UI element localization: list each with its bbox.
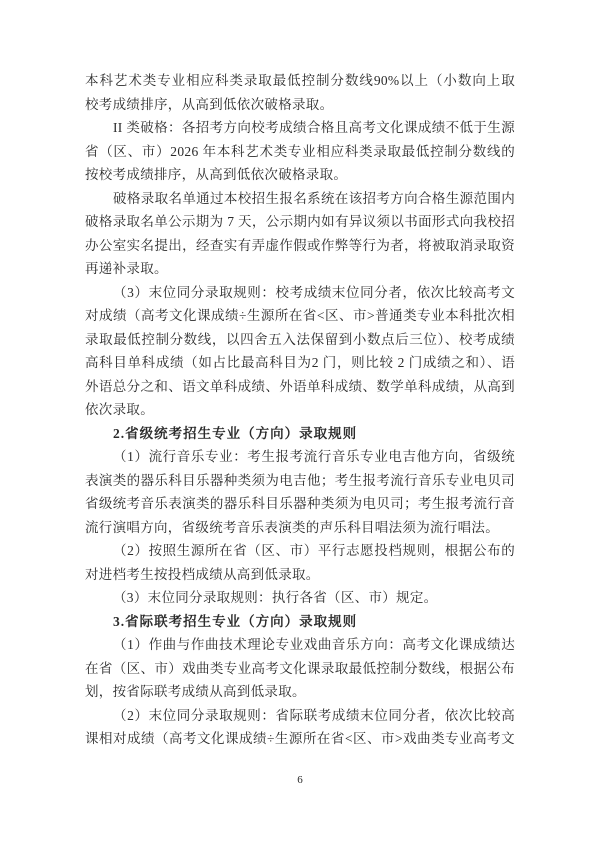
- text-line: （3）末位同分录取规则：校考成绩末位同分者，依次比较高考文化课相: [85, 281, 515, 305]
- text-line: 破格录取名单通过本校招生报名系统在该招考方向合格生源范围内公布。: [85, 187, 515, 211]
- section-heading: 2.省级统考招生专业（方向）录取规则: [85, 422, 515, 446]
- text-line: （3）末位同分录取规则：执行各省（区、市）规定。: [85, 586, 515, 610]
- text-line: 省级统考音乐表演类的器乐科目乐器种类须为电贝司；考生报考流行音乐专业: [85, 492, 515, 516]
- text-line: 对进档考生按投档成绩从高到低录取。: [85, 563, 515, 587]
- text-line: 办公室实名提出，经查实有弄虚作假或作弊等行为者，将被取消录取资格，不: [85, 234, 515, 258]
- text-line: （2）末位同分录取规则：省际联考成绩末位同分者，依次比较高考文化: [85, 704, 515, 728]
- text-line: II 类破格：各招考方向校考成绩合格且高考文化课成绩不低于生源所在: [85, 116, 515, 140]
- text-line: 在省（区、市）戏曲类专业高考文化课录取最低控制分数线，根据公布的招生计: [85, 657, 515, 681]
- text-line: 外语总分之和、语文单科成绩、外语单科成绩、数学单科成绩，从高到低排序: [85, 375, 515, 399]
- text-line: 录取最低控制分数线，以四舍五入法保留到小数点后三位）、校考成绩占比最: [85, 328, 515, 352]
- text-line: 校考成绩排序，从高到低依次破格录取。: [85, 93, 515, 117]
- text-line: 按校考成绩排序，从高到低依次破格录取。: [85, 163, 515, 187]
- text-line: 课相对成绩（高考文化课成绩÷生源所在省<区、市>戏曲类专业高考文化课录: [85, 727, 515, 751]
- text-line: （1）流行音乐专业：考生报考流行音乐专业电吉他方向，省级统考音乐: [85, 445, 515, 469]
- text-line: （2）按照生源所在省（区、市）平行志愿投档规则，根据公布的招生计划，: [85, 539, 515, 563]
- section-heading: 3.省际联考招生专业（方向）录取规则: [85, 610, 515, 634]
- text-line: 再递补录取。: [85, 257, 515, 281]
- text-line: 对成绩（高考文化课成绩÷生源所在省<区、市>普通类专业本科批次相应科类: [85, 304, 515, 328]
- text-line: 高科目单科成绩（如占比最高科目为2 门，则比较 2 门成绩之和）、语文数学: [85, 351, 515, 375]
- text-line: 流行演唱方向，省级统考音乐表演类的声乐科目唱法须为流行唱法。: [85, 516, 515, 540]
- document-body: 本科艺术类专业相应科类录取最低控制分数线90%以上（小数向上取整），按校考成绩排…: [85, 69, 515, 751]
- text-line: 省（区、市）2026 年本科艺术类专业相应科类录取最低控制分数线的考生，: [85, 140, 515, 164]
- text-line: 依次录取。: [85, 398, 515, 422]
- text-line: 破格录取名单公示期为 7 天，公示期内如有异议须以书面形式向我校招生工作: [85, 210, 515, 234]
- page-number: 6: [0, 771, 600, 789]
- text-line: 表演类的器乐科目乐器种类须为电吉他；考生报考流行音乐专业电贝司方向，: [85, 469, 515, 493]
- text-line: （1）作曲与作曲技术理论专业戏曲音乐方向：高考文化课成绩达到生源所: [85, 633, 515, 657]
- text-line: 本科艺术类专业相应科类录取最低控制分数线90%以上（小数向上取整），按: [85, 69, 515, 93]
- document-page: 本科艺术类专业相应科类录取最低控制分数线90%以上（小数向上取整），按校考成绩排…: [0, 0, 600, 849]
- text-line: 划，按省际联考成绩从高到低录取。: [85, 680, 515, 704]
